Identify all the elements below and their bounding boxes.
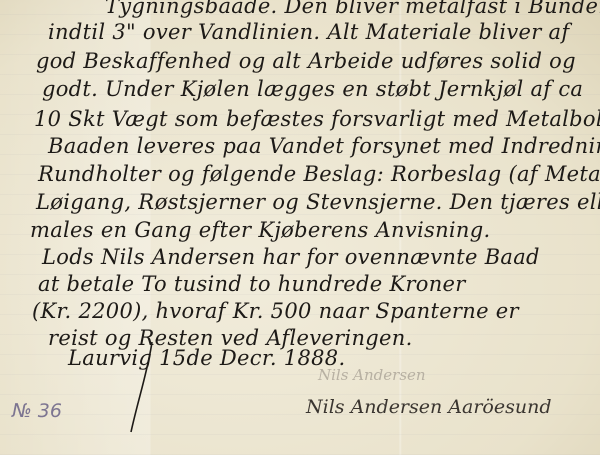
text-line-3: god Beskaffenhed og alt Arbeide udføres …	[36, 49, 576, 73]
text-line-12: (Kr. 2200), hvoraf Kr. 500 naar Spantern…	[32, 299, 519, 323]
signature: Nils Andersen Aaröesund	[306, 396, 552, 418]
pen-flourish-decoration	[128, 340, 158, 435]
pencil-signature: Nils Andersen	[318, 366, 426, 384]
text-line-4: godt. Under Kjølen lægges en støbt Jernk…	[42, 77, 583, 101]
text-line-8: Løigang, Røstsjerner og Stevnsjerne. Den…	[36, 190, 600, 214]
text-line-5: 10 Skt Vægt som befæstes forsvarligt med…	[34, 107, 600, 131]
text-line-7: Rundholter og følgende Beslag: Rorbeslag…	[38, 162, 600, 186]
archive-number: № 36	[12, 400, 62, 422]
text-line-11: at betale To tusind to hundrede Kroner	[38, 272, 466, 296]
text-line-1: Tygningsbaade. Den bliver metalfast i Bu…	[105, 0, 600, 18]
text-line-9: males en Gang efter Kjøberens Anvisning.	[30, 218, 490, 242]
date-line: Laurvig 15de Decr. 1888.	[68, 346, 345, 370]
text-line-2: indtil 3" over Vandlinien. Alt Materiale…	[48, 20, 569, 44]
text-line-10: Lods Nils Andersen har for ovennævnte Ba…	[42, 245, 540, 269]
text-line-6: Baaden leveres paa Vandet forsynet med I…	[48, 134, 600, 158]
